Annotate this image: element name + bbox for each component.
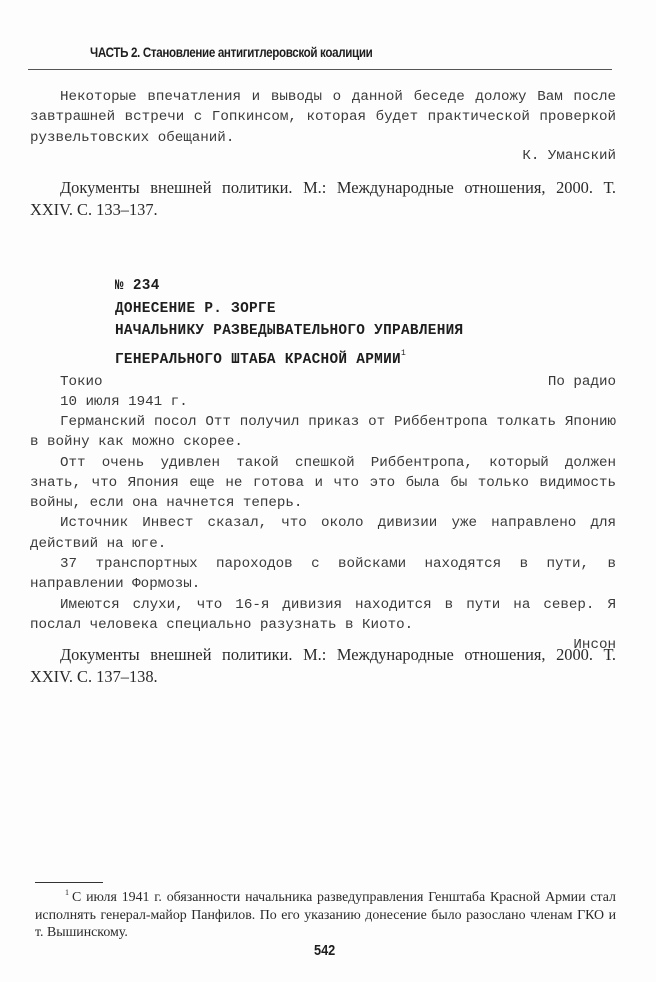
- footnote-rule: [35, 882, 103, 883]
- book-page: ЧАСТЬ 2. Становление антигитлеровской ко…: [0, 0, 656, 982]
- document-source: Документы внешней политики. М.: Междунар…: [30, 644, 616, 688]
- document-number: № 234: [115, 275, 464, 298]
- document-paragraph: 37 транспортных пароходов с войсками нах…: [30, 554, 616, 595]
- previous-document-signature: К. Уманский: [30, 146, 616, 166]
- footnote-marker: 1: [401, 349, 406, 358]
- previous-document-source: Документы внешней политики. М.: Междунар…: [30, 177, 616, 221]
- document-title-line: ДОНЕСЕНИЕ Р. ЗОРГЕ: [115, 298, 464, 321]
- document-paragraph: Отт очень удивлен такой спешкой Риббентр…: [30, 453, 616, 514]
- footnote: 1С июля 1941 г. обязанности начальника р…: [35, 884, 616, 942]
- running-head: ЧАСТЬ 2. Становление антигитлеровской ко…: [90, 45, 372, 60]
- document-heading: № 234 ДОНЕСЕНИЕ Р. ЗОРГЕ НАЧАЛЬНИКУ РАЗВ…: [115, 275, 464, 371]
- document-transmission: По радио: [548, 372, 616, 392]
- previous-document-closing-paragraph: Некоторые впечатления и выводы о данной …: [30, 87, 616, 148]
- document-place: Токио: [60, 372, 103, 392]
- page-number: 542: [314, 942, 335, 959]
- footnote-marker: 1: [65, 888, 69, 897]
- header-rule: [28, 69, 612, 70]
- footnote-text: С июля 1941 г. обязанности начальника ра…: [35, 890, 616, 940]
- document-paragraph: Источник Инвест сказал, что около дивизи…: [30, 513, 616, 554]
- document-title-line: ГЕНЕРАЛЬНОГО ШТАБА КРАСНОЙ АРМИИ1: [115, 343, 464, 372]
- document-title-line: НАЧАЛЬНИКУ РАЗВЕДЫВАТЕЛЬНОГО УПРАВЛЕНИЯ: [115, 320, 464, 343]
- document-paragraph: Имеются слухи, что 16-я дивизия находитс…: [30, 595, 616, 636]
- document-paragraph: Германский посол Отт получил приказ от Р…: [30, 412, 616, 453]
- document-body: Германский посол Отт получил приказ от Р…: [30, 412, 616, 656]
- document-date: 10 июля 1941 г.: [30, 392, 616, 412]
